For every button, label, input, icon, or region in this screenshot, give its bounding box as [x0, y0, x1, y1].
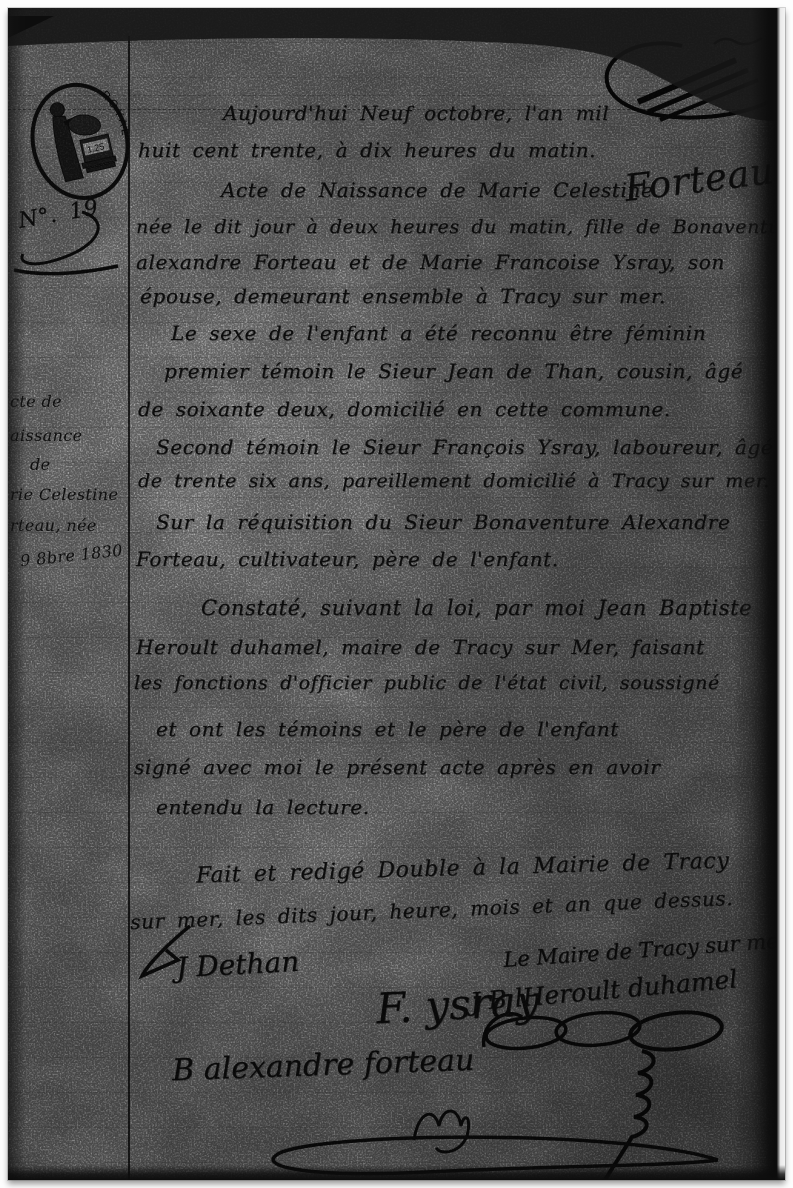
manuscript-line: et ont les témoins et le père de l'enfan… — [156, 717, 619, 741]
document-scan: 1.25 ROYAL N°. 19 cte de aissance de rie… — [8, 8, 785, 1180]
scan-shadow-left — [8, 8, 26, 1180]
manuscript-line: Acte de Naissance de Marie Celestine — [221, 178, 653, 202]
act-number-flourish — [10, 208, 135, 288]
manuscript-line: les fonctions d'officier public de l'éta… — [134, 672, 720, 694]
manuscript-line: née le dit jour à deux heures du matin, … — [136, 216, 785, 238]
signature-witness2: F. ysray — [375, 976, 541, 1033]
scan-shadow-bottom — [8, 1165, 785, 1180]
manuscript-line: Le sexe de l'enfant a été reconnu être f… — [171, 321, 706, 345]
manuscript-line: Second témoin le Sieur François Ysray, l… — [156, 435, 773, 459]
manuscript-line: Constaté, suivant la loi, par moi Jean B… — [201, 596, 752, 620]
margin-note-line: rie Celestine — [10, 485, 118, 504]
manuscript-line: de trente six ans, pareillement domicili… — [138, 470, 770, 492]
manuscript-line: de soixante deux, domicilié en cette com… — [138, 397, 671, 421]
manuscript-line: huit cent trente, à dix heures du matin. — [138, 138, 596, 162]
scan-shadow-top — [8, 8, 785, 138]
manuscript-line: Sur la réquisition du Sieur Bonaventure … — [156, 510, 730, 534]
manuscript-line: épouse, demeurant ensemble à Tracy sur m… — [140, 284, 666, 308]
manuscript-line: Heroult duhamel, maire de Tracy sur Mer,… — [136, 635, 705, 659]
margin-note-line: de — [30, 455, 51, 474]
manuscript-line: signé avec moi le présent acte après en … — [134, 755, 660, 779]
manuscript-line: Forteau, cultivateur, père de l'enfant. — [136, 547, 559, 571]
signature-witness1: J Dethan — [175, 945, 300, 984]
manuscript-line: entendu la lecture. — [156, 795, 370, 819]
manuscript-line: premier témoin le Sieur Jean de Than, co… — [164, 359, 743, 383]
manuscript-line: alexandre Forteau et de Marie Francoise … — [136, 250, 725, 274]
scanned-page-frame: 1.25 ROYAL N°. 19 cte de aissance de rie… — [0, 0, 793, 1188]
scan-shadow-right — [733, 8, 785, 1180]
